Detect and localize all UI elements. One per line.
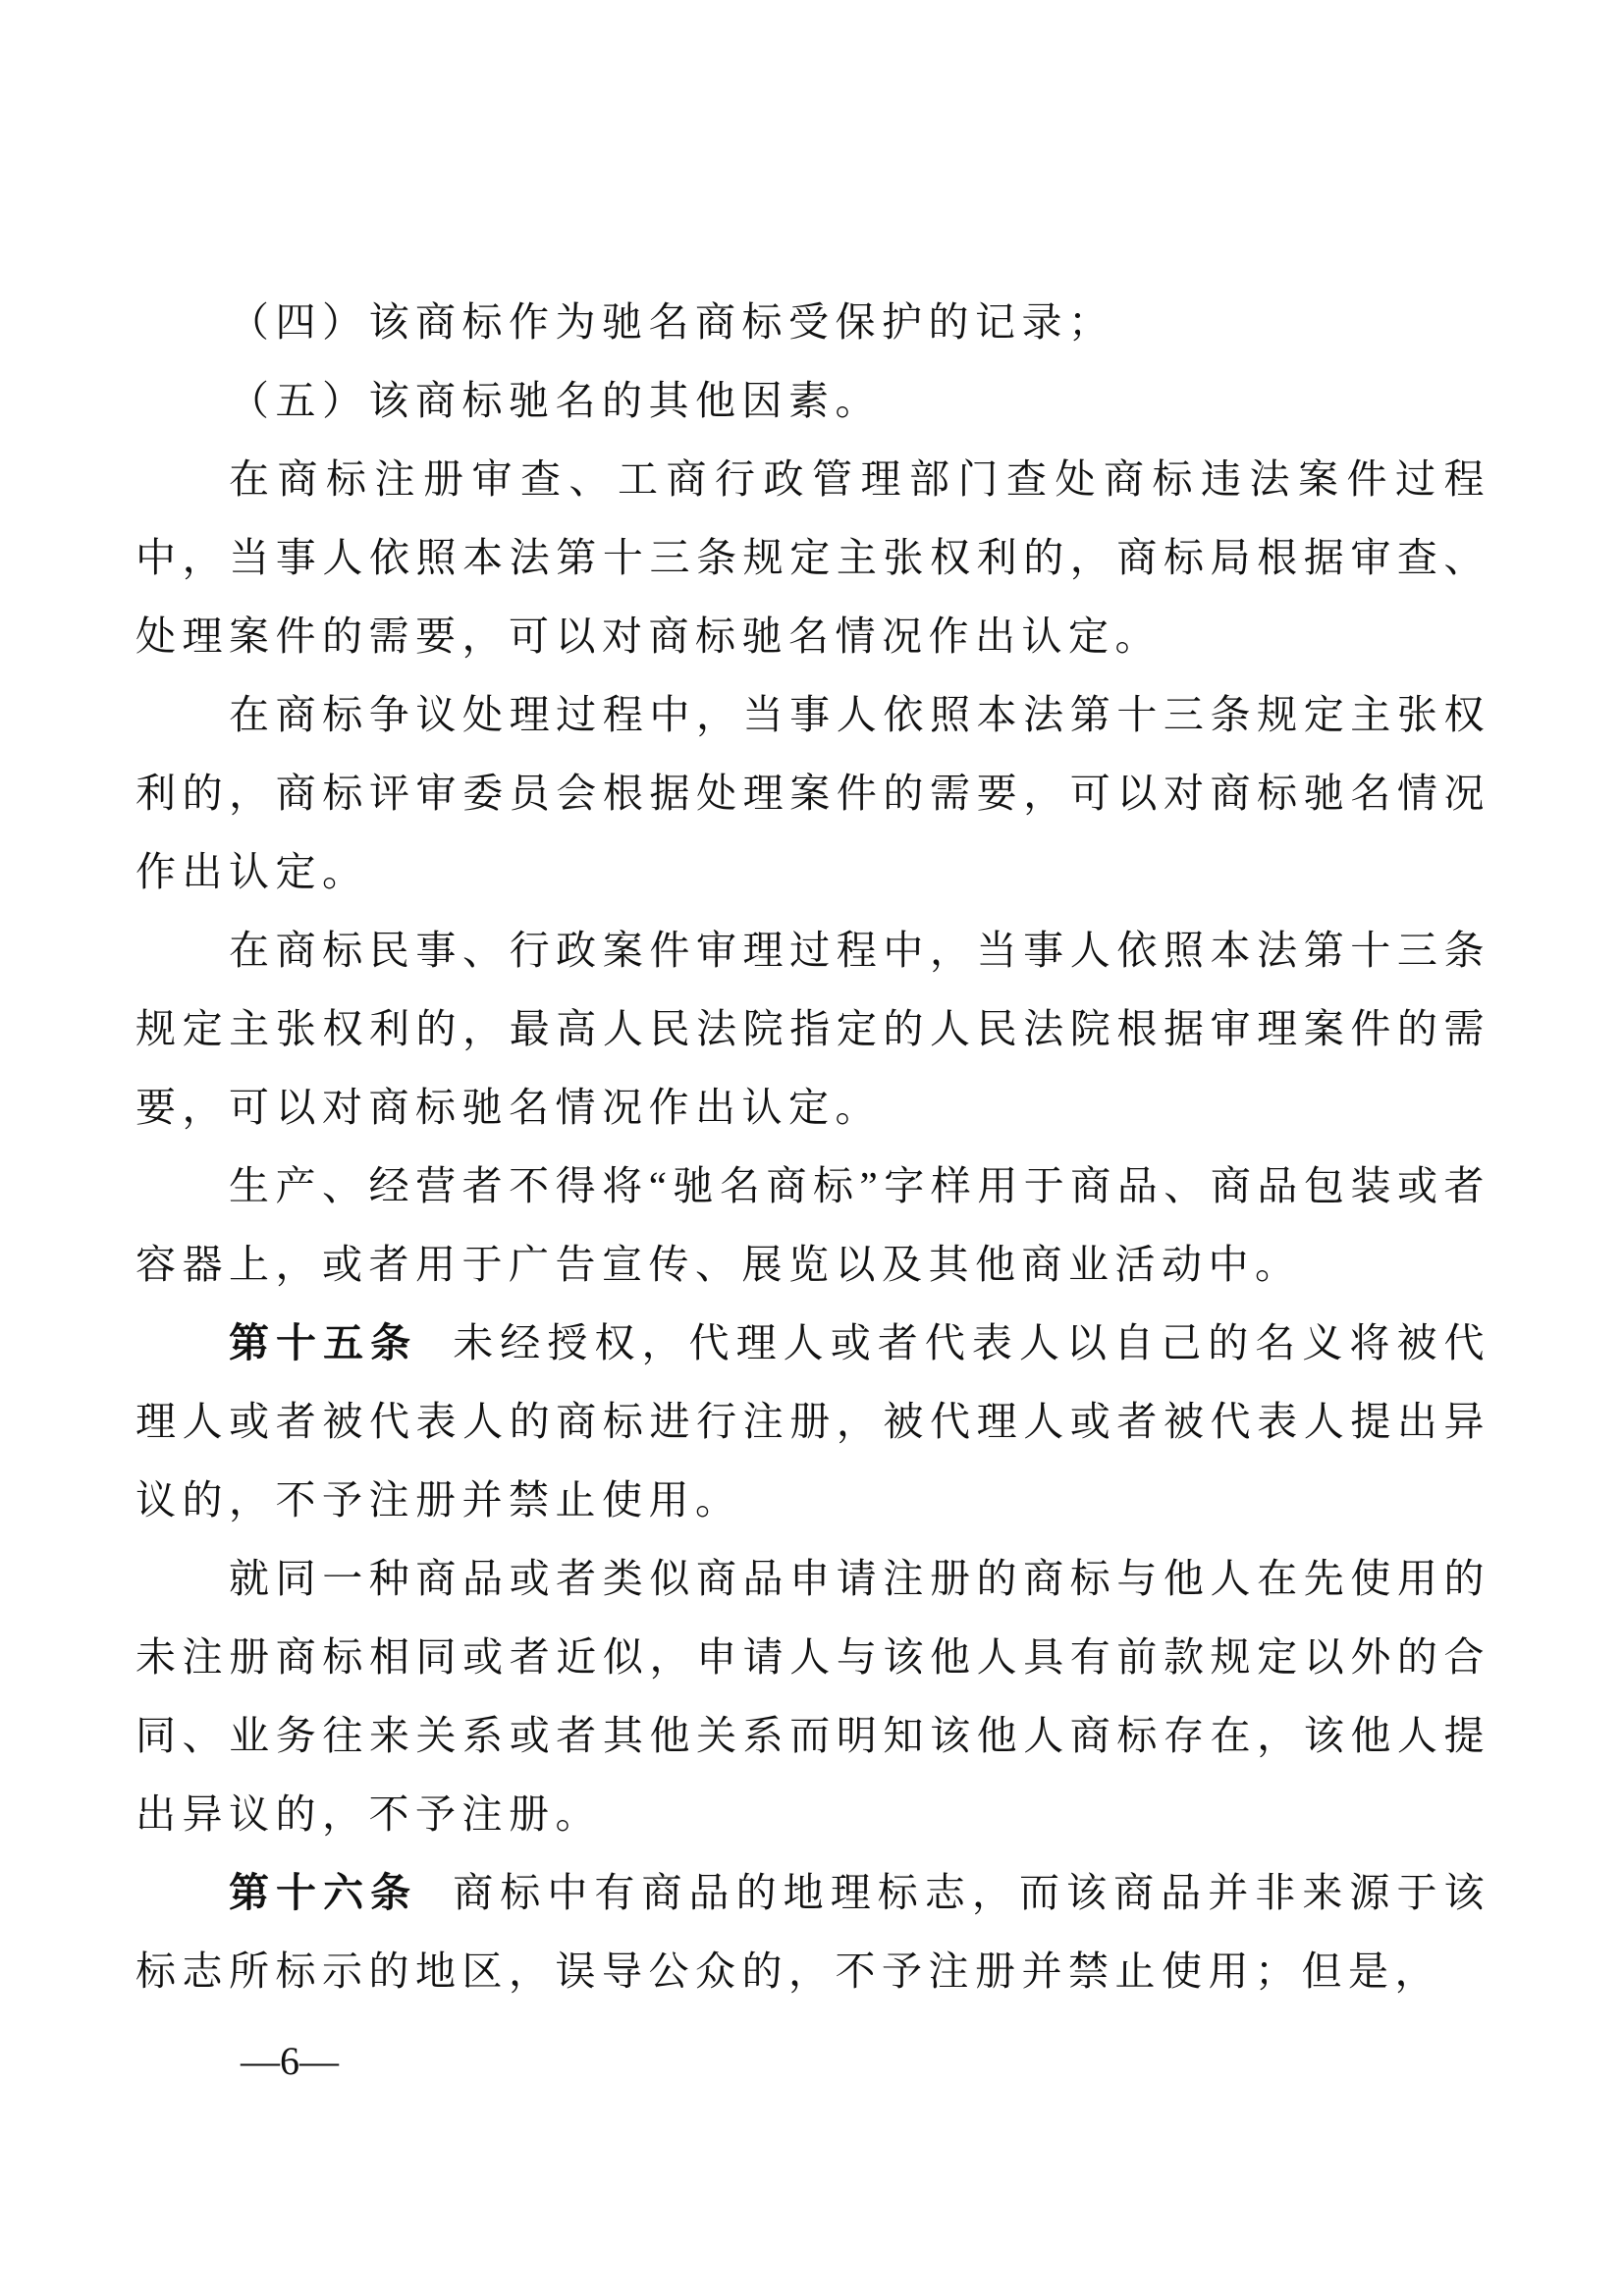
article-number: 第十五条 [229, 1320, 417, 1365]
paragraph: 第十五条未经授权，代理人或者代表人以自己的名义将被代理人或者被代表人的商标进行注… [135, 1304, 1490, 1539]
paragraph: 在商标注册审查、工商行政管理部门查处商标违法案件过程中，当事人依照本法第十三条规… [135, 440, 1490, 675]
paragraph: 在商标民事、行政案件审理过程中，当事人依照本法第十三条规定主张权利的，最高人民法… [135, 911, 1490, 1147]
paragraph-text: 在商标争议处理过程中，当事人依照本法第十三条规定主张权利的，商标评审委员会根据处… [135, 692, 1490, 894]
page-number: —6— [241, 2038, 339, 2085]
paragraph: 第十六条商标中有商品的地理标志，而该商品并非来源于该标志所标示的地区，误导公众的… [135, 1853, 1490, 2010]
paragraph-text: 生产、经营者不得将“驰名商标”字样用于商品、商品包装或者容器上，或者用于广告宣传… [135, 1163, 1490, 1287]
paragraph-text: 就同一种商品或者类似商品申请注册的商标与他人在先使用的未注册商标相同或者近似，申… [135, 1556, 1490, 1837]
paragraph: 就同一种商品或者类似商品申请注册的商标与他人在先使用的未注册商标相同或者近似，申… [135, 1539, 1490, 1853]
paragraph: 生产、经营者不得将“驰名商标”字样用于商品、商品包装或者容器上，或者用于广告宣传… [135, 1147, 1490, 1304]
document-body: （四）该商标作为驰名商标受保护的记录； （五）该商标驰名的其他因素。 在商标注册… [135, 283, 1490, 2010]
paragraph: （四）该商标作为驰名商标受保护的记录； [135, 283, 1490, 361]
paragraph-text: （五）该商标驰名的其他因素。 [229, 378, 882, 423]
article-number: 第十六条 [229, 1870, 417, 1915]
paragraph-text: 在商标民事、行政案件审理过程中，当事人依照本法第十三条规定主张权利的，最高人民法… [135, 928, 1490, 1130]
paragraph-text: 在商标注册审查、工商行政管理部门查处商标违法案件过程中，当事人依照本法第十三条规… [135, 456, 1490, 659]
paragraph: 在商标争议处理过程中，当事人依照本法第十三条规定主张权利的，商标评审委员会根据处… [135, 675, 1490, 911]
paragraph: （五）该商标驰名的其他因素。 [135, 361, 1490, 440]
paragraph-text: （四）该商标作为驰名商标受保护的记录； [229, 299, 1115, 345]
document-page: （四）该商标作为驰名商标受保护的记录； （五）该商标驰名的其他因素。 在商标注册… [0, 0, 1624, 2296]
